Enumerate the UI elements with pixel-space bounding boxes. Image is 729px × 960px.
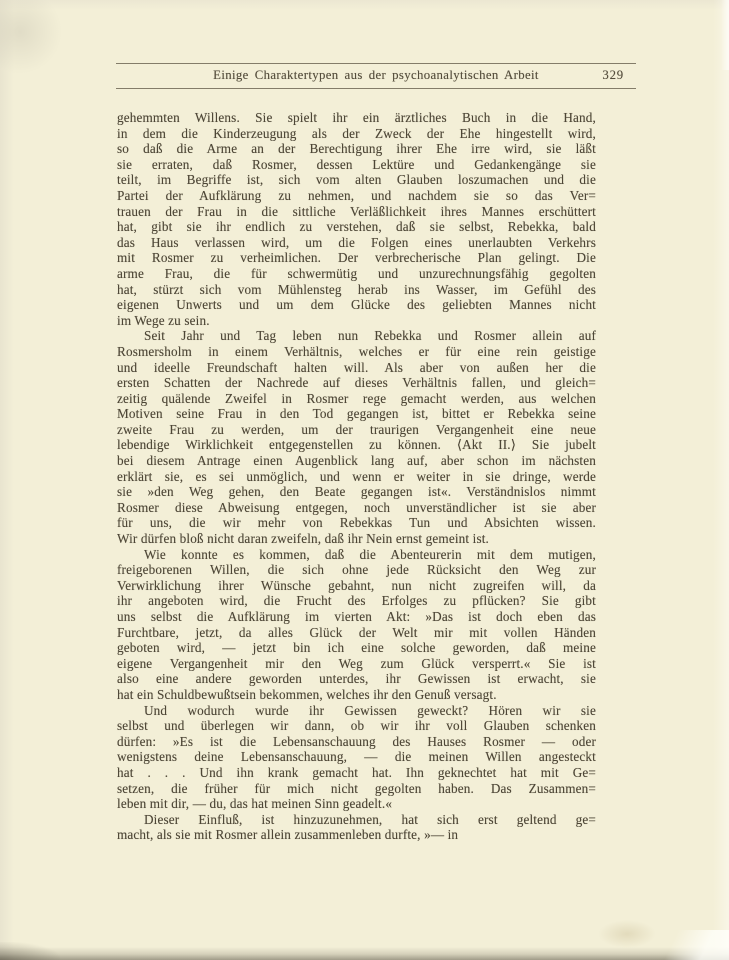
text-line: im Wege zu sein.: [117, 313, 596, 329]
page-edge-right: [713, 0, 729, 960]
text-line: teilt, im Begriffe ist, sich vom alten G…: [117, 172, 596, 188]
body-text: gehemmten Willens. Sie spielt ihr ein är…: [117, 110, 596, 843]
text-line: und ideelle Freundschaft halten will. Al…: [117, 360, 596, 376]
text-line: gehemmten Willens. Sie spielt ihr ein är…: [117, 110, 596, 126]
text-line: also eine andere geworden unterdes, ihr …: [117, 671, 596, 687]
text-line: in dem die Kinderzeugung als der Zweck d…: [117, 126, 596, 142]
paragraph: Dieser Einfluß, ist hinzuzunehmen, hat s…: [117, 812, 596, 843]
text-line: trauen der Frau in die sittliche Verläßl…: [117, 204, 596, 220]
text-line: Rosmer diese Abweisung entgegen, noch un…: [117, 500, 596, 516]
text-line: arme Frau, die für schwermütig und unzur…: [117, 266, 596, 282]
text-line: uns selbst die Aufklärung im vierten Akt…: [117, 609, 596, 625]
text-line: leben mit dir, — du, das hat meinen Sinn…: [117, 796, 596, 812]
text-line: Und wodurch wurde ihr Gewissen geweckt? …: [117, 703, 596, 719]
text-line: Partei der Aufklärung zu nehmen, und nac…: [117, 188, 596, 204]
text-line: Seit Jahr und Tag leben nun Rebekka und …: [117, 328, 596, 344]
text-line: geboten wird, — jetzt bin ich eine solch…: [117, 640, 596, 656]
text-line: hat . . . Und ihn krank gemacht hat. Ihn…: [117, 765, 596, 781]
text-line: hat, stürzt sich vom Mühlensteg herab in…: [117, 282, 596, 298]
paragraph: Seit Jahr und Tag leben nun Rebekka und …: [117, 328, 596, 546]
text-line: selbst und überlegen wir dann, ob wir ih…: [117, 718, 596, 734]
text-line: zeitig quälende Zweifel in Rosmer rege g…: [117, 391, 596, 407]
book-page: Einige Charaktertypen aus der psychoanal…: [0, 0, 729, 960]
text-line: setzen, die früher für mich nicht gegolt…: [117, 781, 596, 797]
paragraph: gehemmten Willens. Sie spielt ihr ein är…: [117, 110, 596, 328]
text-line: Wie konnte es kommen, daß die Abenteurer…: [117, 547, 596, 563]
text-line: macht, als sie mit Rosmer allein zusamme…: [117, 827, 596, 843]
text-line: Dieser Einfluß, ist hinzuzunehmen, hat s…: [117, 812, 596, 828]
text-line: sie erraten, daß Rosmer, dessen Lektüre …: [117, 157, 596, 173]
text-line: ihr angeboten wird, die Frucht des Erfol…: [117, 593, 596, 609]
text-line: für uns, die wir mehr von Rebekkas Tun u…: [117, 515, 596, 531]
paragraph: Und wodurch wurde ihr Gewissen geweckt? …: [117, 703, 596, 812]
text-line: Wir dürfen bloß nicht daran zweifeln, da…: [117, 531, 596, 547]
text-line: wenigstens deine Lebensanschauung, — die…: [117, 749, 596, 765]
page-edge-shadow-bottom-left: [0, 942, 60, 960]
text-line: eigene Vergangenheit mir den Weg zum Glü…: [117, 656, 596, 672]
text-line: sie »den Weg gehen, den Beate gegangen i…: [117, 484, 596, 500]
page-number: 329: [602, 68, 624, 83]
text-line: eigenen Unwerts und um dem Glücke des ge…: [117, 297, 596, 313]
text-line: lebendige Wirklichkeit entgegenstellen z…: [117, 437, 596, 453]
text-line: ersten Schatten der Nachrede auf dieses …: [117, 375, 596, 391]
text-line: Verwirklichung ihrer Wünsche gebahnt, nu…: [117, 578, 596, 594]
text-line: hat, gibt sie ihr endlich zu verstehen, …: [117, 219, 596, 235]
text-line: mit Rosmer zu verheimlichen. Der verbrec…: [117, 250, 596, 266]
text-line: das Haus verlassen wird, um die Folgen e…: [117, 235, 596, 251]
page-header: Einige Charaktertypen aus der psychoanal…: [116, 63, 636, 89]
text-line: hat ein Schuldbewußtsein bekommen, welch…: [117, 687, 596, 703]
text-line: Furchtbare, jetzt, da alles Glück der We…: [117, 625, 596, 641]
page-edge-top-right: [721, 0, 729, 70]
text-line: Rosmersholm in einem Verhältnis, welches…: [117, 344, 596, 360]
text-line: freigeborenen Willen, die sich ohne jede…: [117, 562, 596, 578]
text-line: zweite Frau zu werden, um der traurigen …: [117, 422, 596, 438]
text-line: Motiven seine Frau in den Tod gegangen i…: [117, 406, 596, 422]
paragraph: Wie konnte es kommen, daß die Abenteurer…: [117, 547, 596, 703]
running-head-title: Einige Charaktertypen aus der psychoanal…: [116, 68, 636, 83]
text-line: erklärt sie, es sei unmöglich, und wenn …: [117, 469, 596, 485]
text-line: bei diesem Antrage einen Augenblick lang…: [117, 453, 596, 469]
text-line: dürfen: »Es ist die Lebensanschauung des…: [117, 734, 596, 750]
page-corner-bottom-right: [599, 930, 729, 960]
text-line: so daß die Arme an der Berechtigung ihre…: [117, 141, 596, 157]
